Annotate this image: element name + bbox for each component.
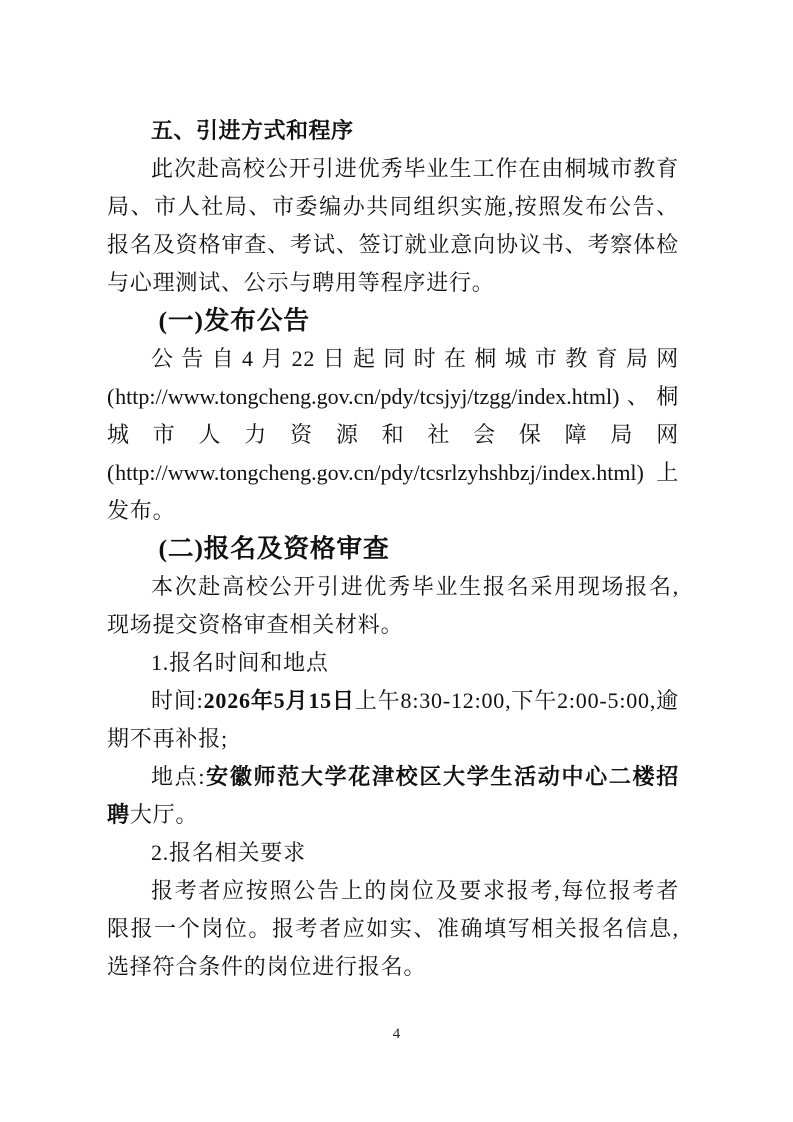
item2-heading: 2.报名相关要求 bbox=[107, 834, 679, 872]
sub2-heading: (二)报名及资格审查 bbox=[107, 530, 679, 568]
section-heading: 五、引进方式和程序 bbox=[107, 112, 679, 150]
document-page: 五、引进方式和程序 此次赴高校公开引进优秀毕业生工作在由桐城市教育局、市人社局、… bbox=[0, 0, 793, 1122]
document-body: 五、引进方式和程序 此次赴高校公开引进优秀毕业生工作在由桐城市教育局、市人社局、… bbox=[107, 112, 679, 986]
requirements-paragraph: 报考者应按照公告上的岗位及要求报考,每位报考者限报一个岗位。报考者应如实、准确填… bbox=[107, 872, 679, 986]
place-suffix: 大厅。 bbox=[130, 802, 198, 827]
registration-date: 2026年5月15日 bbox=[204, 688, 355, 713]
time-label: 时间: bbox=[151, 688, 204, 713]
place-paragraph: 地点:安徽师范大学花津校区大学生活动中心二楼招聘大厅。 bbox=[107, 758, 679, 834]
announcement-paragraph: 公告自4月22日起同时在桐城市教育局网(http://www.tongcheng… bbox=[107, 340, 679, 530]
registration-paragraph: 本次赴高校公开引进优秀毕业生报名采用现场报名,现场提交资格审查相关材料。 bbox=[107, 568, 679, 644]
page-number: 4 bbox=[0, 1026, 793, 1043]
item1-heading: 1.报名时间和地点 bbox=[107, 644, 679, 682]
time-paragraph: 时间:2026年5月15日上午8:30-12:00,下午2:00-5:00,逾期… bbox=[107, 682, 679, 758]
hr-social-security-bureau-url: http://www.tongcheng.gov.cn/pdy/tcsrlzyh… bbox=[115, 460, 636, 485]
intro-paragraph: 此次赴高校公开引进优秀毕业生工作在由桐城市教育局、市人社局、市委编办共同组织实施… bbox=[107, 150, 679, 302]
place-label: 地点: bbox=[151, 764, 205, 789]
sub1-heading: (一)发布公告 bbox=[107, 302, 679, 340]
education-bureau-url: http://www.tongcheng.gov.cn/pdy/tcsjyj/t… bbox=[115, 384, 612, 409]
